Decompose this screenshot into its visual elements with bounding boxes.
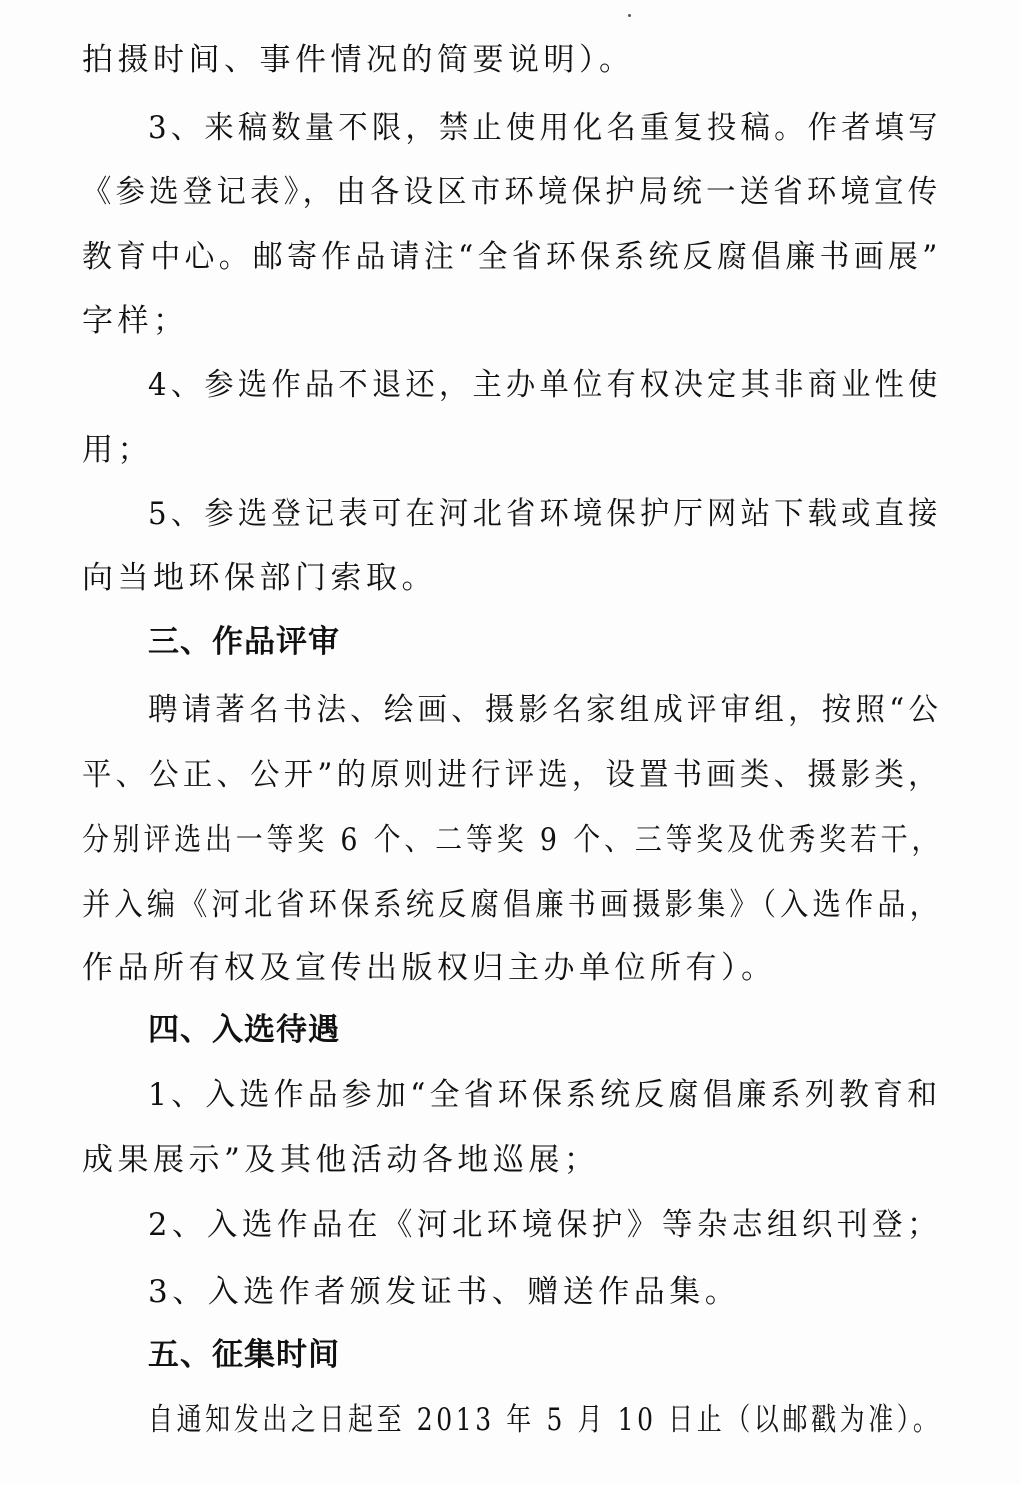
scan-speck: [628, 14, 631, 17]
paragraph-line: 字样；: [82, 301, 942, 341]
paragraph-line: 拍摄时间、事件情况的简要说明）。: [82, 40, 942, 80]
paragraph-line: 并入编《河北省环保系统反腐倡廉书画摄影集》（入选作品，: [82, 885, 866, 925]
list-item-1: 1、入选作品参加“全省环保系统反腐倡廉系列教育和: [148, 1075, 911, 1115]
paragraph-line: 作品所有权及宣传出版权归主办单位所有）。: [82, 948, 942, 988]
section-heading-benefits: 四、入选待遇: [148, 1010, 942, 1050]
section-heading-review: 三、作品评审: [148, 622, 942, 662]
list-item-5: 5、参选登记表可在河北省环境保护厅网站下载或直接: [148, 494, 898, 534]
paragraph-line: 教育中心。邮寄作品请注“全省环保系统反腐倡廉书画展”: [82, 237, 910, 277]
paragraph-line: 用；: [82, 430, 942, 470]
paragraph-line: 自通知发出之日起至 2013 年 5 月 10 日止（以邮戳为准）。: [148, 1400, 787, 1440]
paragraph-line: 聘请著名书法、绘画、摄影名家组成评审组，按照“公: [148, 690, 902, 730]
list-item-3: 3、来稿数量不限，禁止使用化名重复投稿。作者填写: [148, 108, 898, 148]
document-page: 拍摄时间、事件情况的简要说明）。 3、来稿数量不限，禁止使用化名重复投稿。作者填…: [0, 0, 1020, 1485]
paragraph-line: 平、公正、公开”的原则进行评选，设置书画类、摄影类，: [82, 755, 896, 795]
paragraph-line: 成果展示”及其他活动各地巡展；: [82, 1140, 942, 1180]
paragraph-line: 向当地环保部门索取。: [82, 558, 942, 598]
list-item-3: 3、入选作者颁发证书、赠送作品集。: [148, 1272, 942, 1312]
paragraph-line: 《参选登记表》，由各设区市环境保护局统一送省环境宣传: [82, 172, 896, 212]
paragraph-line: 分别评选出一等奖 6 个、二等奖 9 个、三等奖及优秀奖若干，: [82, 820, 827, 860]
list-item-2: 2、入选作品在《河北环境保护》等杂志组织刊登；: [148, 1205, 931, 1245]
section-heading-deadline: 五、征集时间: [148, 1335, 942, 1375]
list-item-4: 4、参选作品不退还，主办单位有权决定其非商业性使: [148, 365, 898, 405]
